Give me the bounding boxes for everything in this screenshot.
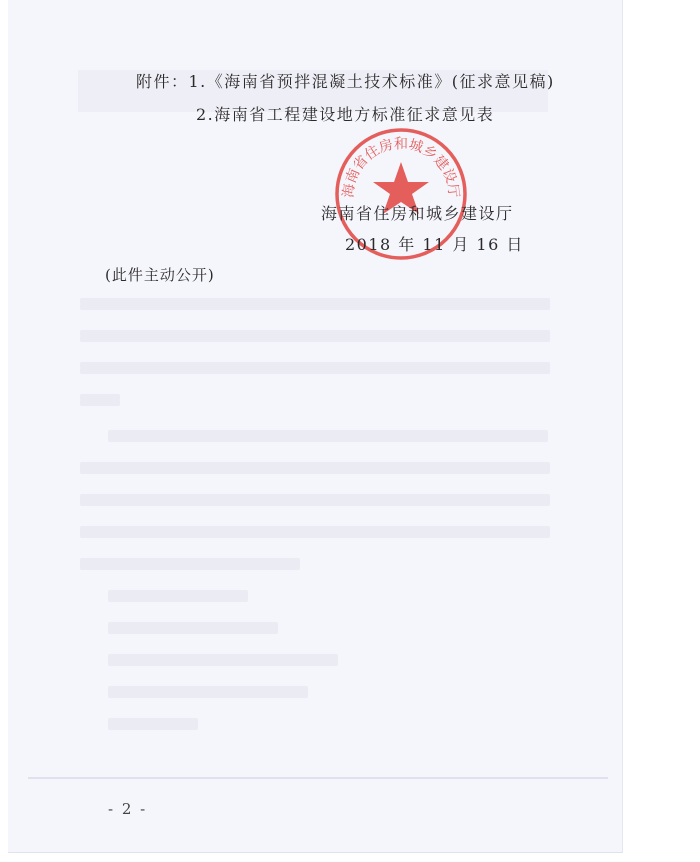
- attachment-2: 2.海南省工程建设地方标准征求意见表: [196, 102, 494, 125]
- scanned-page: 附件：1.《海南省预拌混凝土技术标准》(征求意见稿) 2.海南省工程建设地方标准…: [8, 0, 623, 853]
- bleed-through-line: [108, 718, 198, 730]
- attachment-1: 附件：1.《海南省预拌混凝土技术标准》(征求意见稿): [136, 69, 555, 92]
- bleed-through-line: [108, 430, 548, 442]
- bleed-through-line: [80, 494, 550, 506]
- bleed-through-line: [108, 654, 338, 666]
- bleed-through-line: [108, 622, 278, 634]
- disclosure-note: (此件主动公开): [105, 264, 215, 285]
- page-number: - 2 -: [108, 800, 147, 818]
- bleed-through-line: [80, 362, 550, 374]
- issuer-name: 海南省住房和城乡建设厅: [321, 201, 514, 224]
- bleed-through-line: [80, 298, 550, 310]
- bleed-through-line: [108, 590, 248, 602]
- bleed-through-line: [108, 686, 308, 698]
- bleed-through-line: [80, 462, 550, 474]
- bleed-through-line: [80, 558, 300, 570]
- issue-date: 2018 年 11 月 16 日: [345, 232, 524, 255]
- bleed-through-line: [80, 526, 550, 538]
- bleed-through-line: [80, 330, 550, 342]
- footer-rule: [28, 777, 608, 779]
- bleed-through-line: [80, 394, 120, 406]
